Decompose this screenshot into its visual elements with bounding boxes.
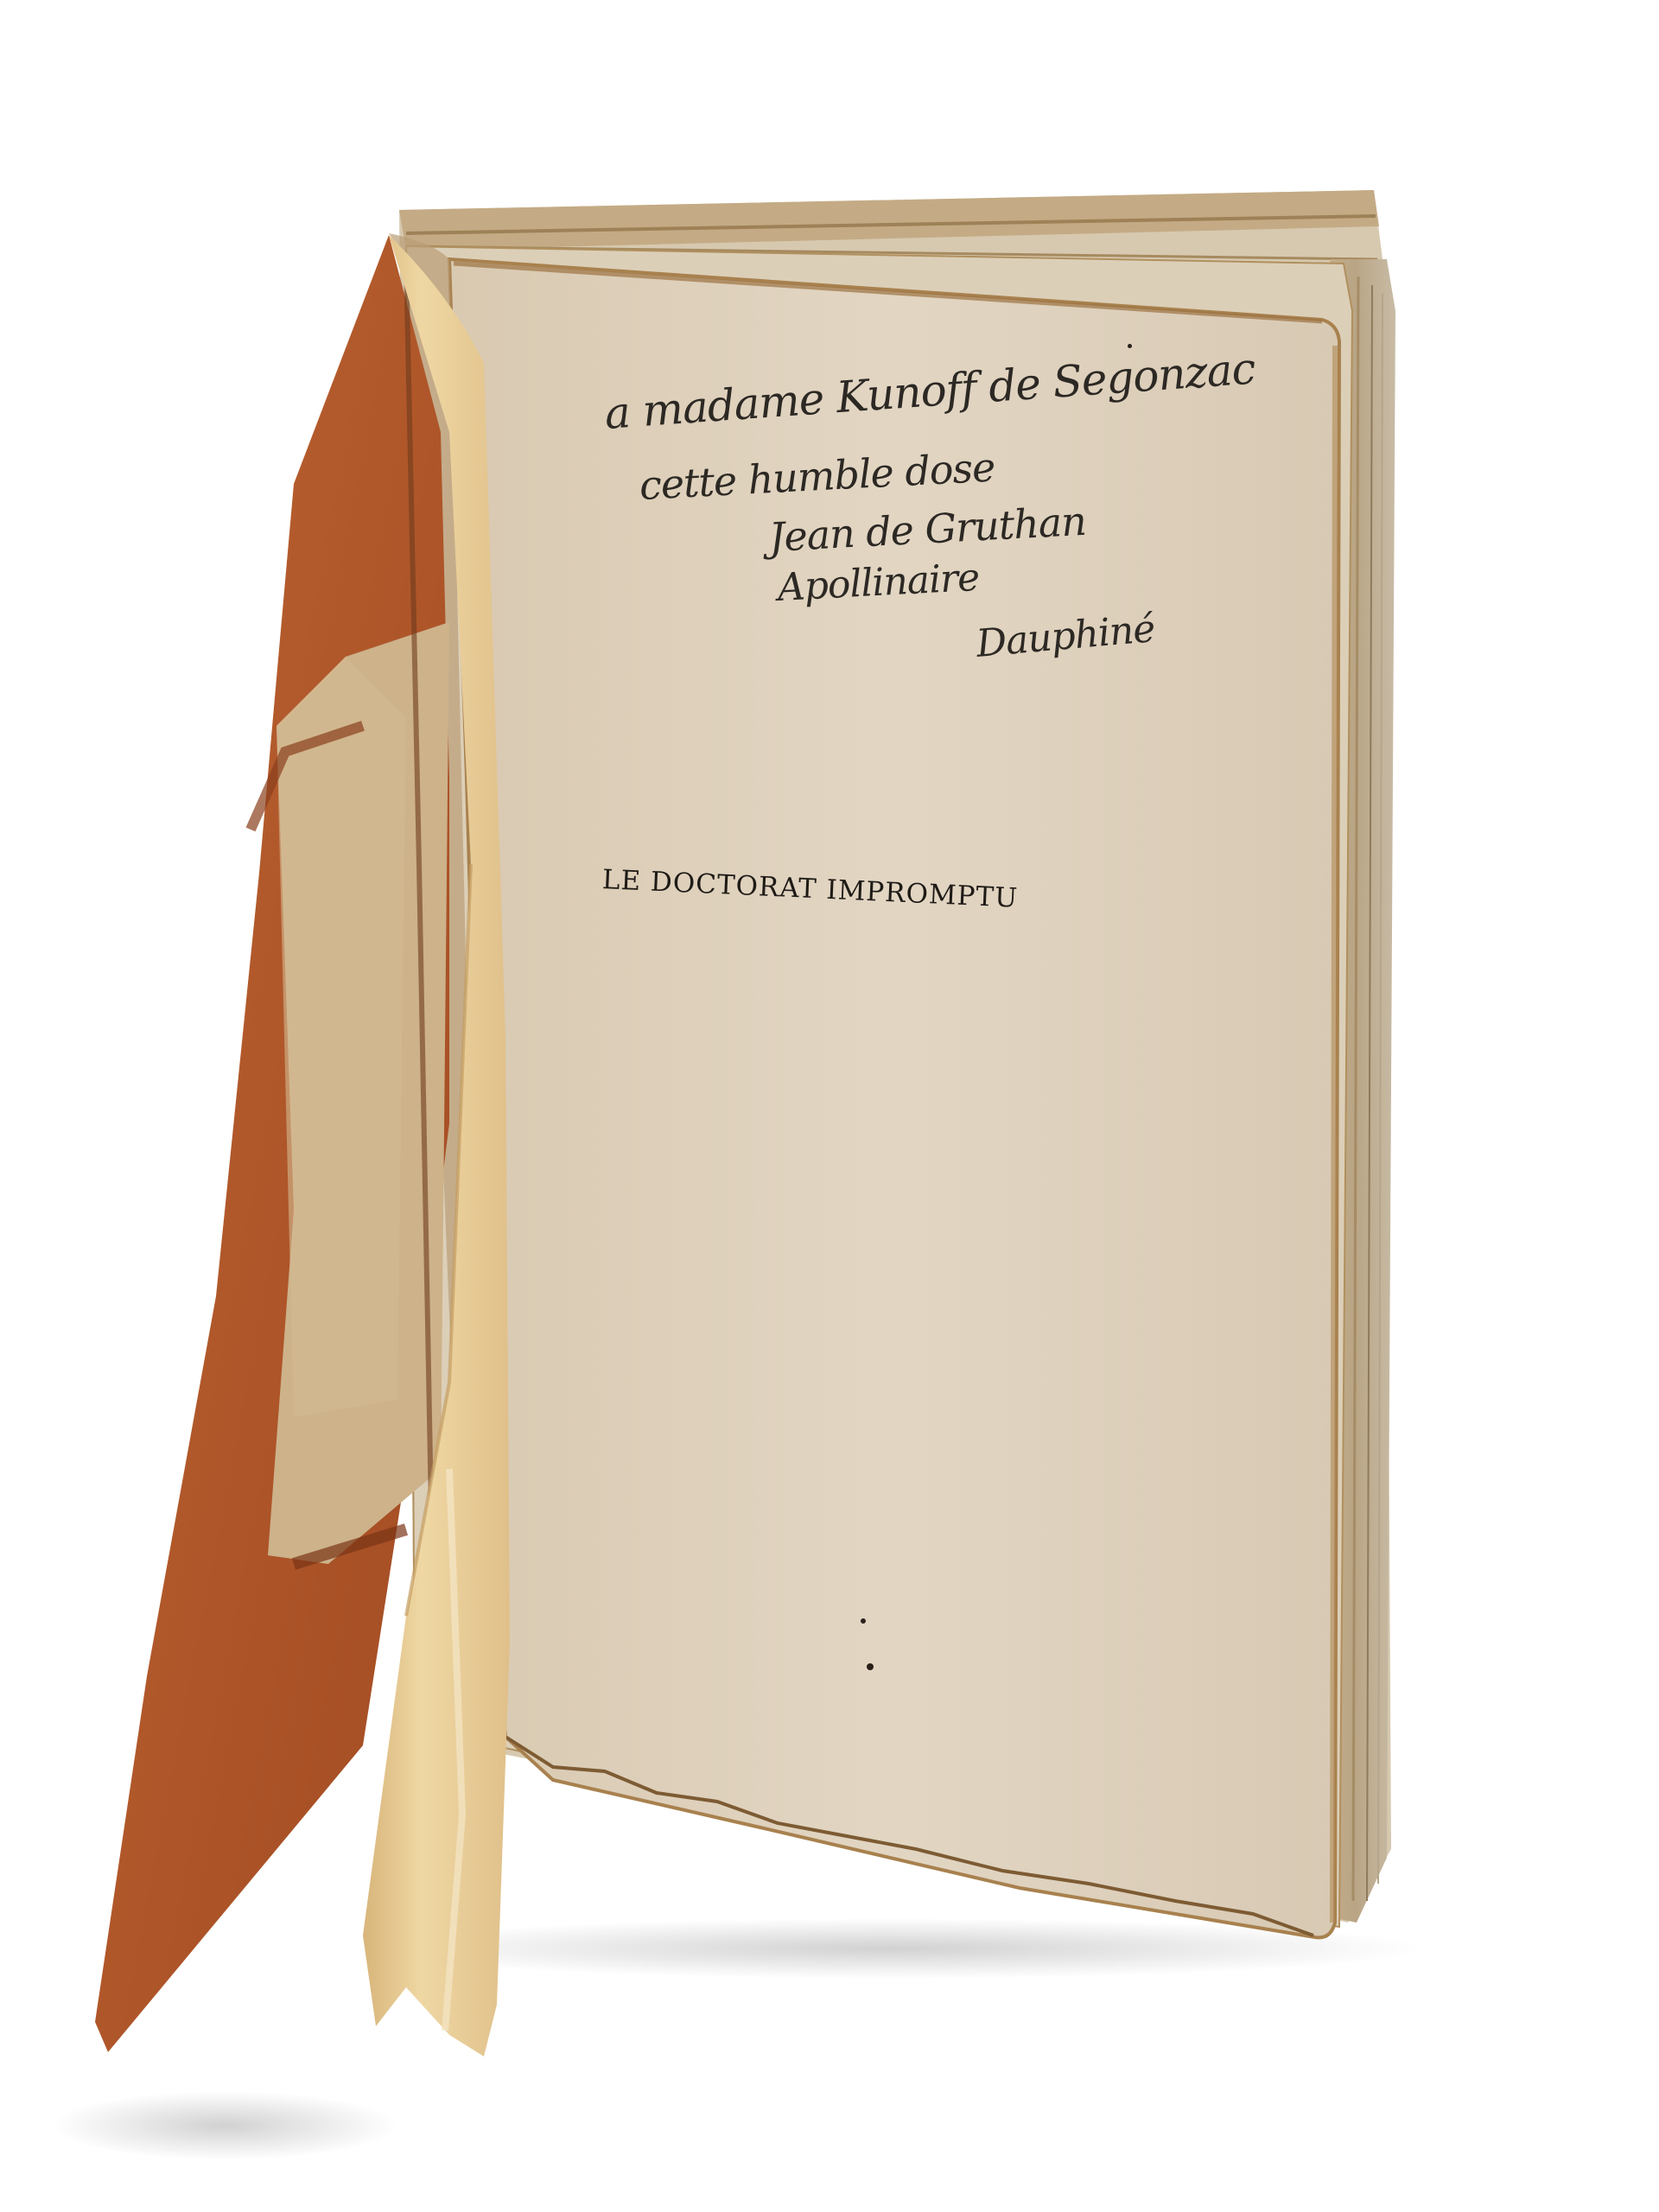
book-photo: a madame Kunoff de Segonzac cette humble… bbox=[0, 0, 1659, 2212]
inscription-line-2: cette humble dose bbox=[639, 443, 996, 508]
inscription-line-3: Jean de Gruthan bbox=[768, 498, 1087, 561]
inscription-line-5: Dauphiné bbox=[975, 607, 1156, 666]
foxing-speck bbox=[867, 1663, 874, 1670]
foxing-speck bbox=[1128, 344, 1132, 348]
handwritten-dedication: a madame Kunoff de Segonzac cette humble… bbox=[596, 372, 1339, 700]
book-illustration bbox=[0, 0, 1659, 2212]
foxing-speck bbox=[861, 1618, 866, 1624]
inscription-line-4: Apollinaire bbox=[777, 556, 981, 610]
